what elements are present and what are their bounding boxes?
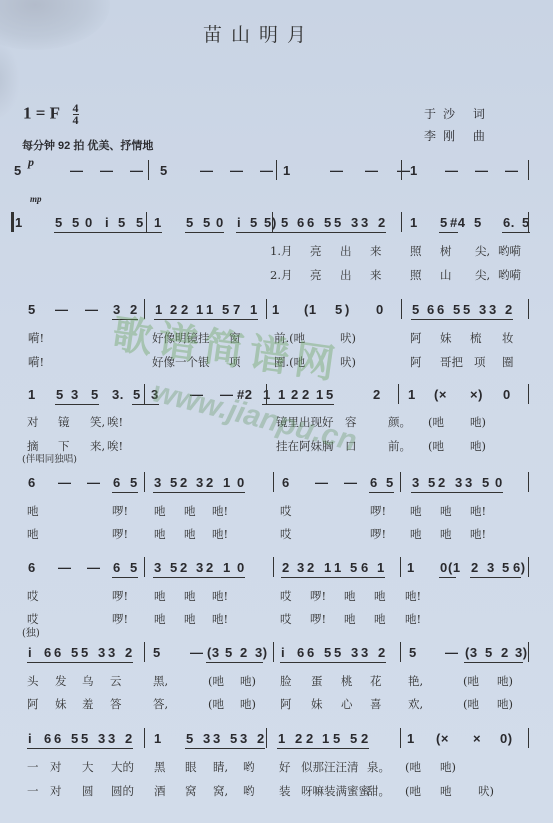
- lyric-syllable: 出: [340, 243, 352, 259]
- note: 1: [278, 387, 286, 402]
- note: 3: [361, 215, 369, 230]
- lyric-syllable: 眼: [185, 759, 197, 775]
- note: 5: [71, 731, 79, 746]
- note: 1: [407, 560, 415, 575]
- lyric-syllable: 吔: [410, 526, 422, 542]
- beam-underline: [500, 662, 523, 663]
- note: 2: [302, 387, 310, 402]
- note: 0: [216, 215, 224, 230]
- beam-underline: [70, 404, 99, 405]
- beam-underline: [360, 232, 386, 233]
- note: 5: [502, 560, 510, 575]
- note: 5: [170, 475, 178, 490]
- lyric-syllable: 阿: [280, 696, 292, 712]
- lyric-syllable: 对: [27, 414, 39, 430]
- note: 5: [264, 215, 272, 230]
- lyric-syllable: 吔!: [212, 588, 228, 604]
- note: 3: [154, 475, 162, 490]
- note: —: [58, 475, 72, 490]
- note: 6: [437, 302, 445, 317]
- note: 3: [297, 560, 305, 575]
- lyric-syllable: 吔: [184, 611, 196, 627]
- note: 3: [240, 731, 248, 746]
- note: —: [87, 475, 101, 490]
- note: 1: [154, 215, 162, 230]
- lyric-syllable: 窝,: [213, 783, 228, 799]
- lyric-syllable: 头: [27, 673, 39, 689]
- note: 2: [125, 645, 133, 660]
- lyric-syllable: 大的: [111, 759, 134, 775]
- note: 0: [237, 560, 245, 575]
- lyric-syllable: 吔!: [470, 526, 486, 542]
- note: 2: [373, 387, 381, 402]
- lyric-syllable: 喜: [370, 696, 382, 712]
- note: —: [87, 560, 101, 575]
- note: 2: [438, 475, 446, 490]
- beam-underline: [107, 748, 133, 749]
- note: 0: [440, 560, 448, 575]
- note: 2: [378, 645, 386, 660]
- lyric-syllable: 泉。: [367, 759, 390, 775]
- note: 5: [463, 302, 471, 317]
- note: 2: [240, 645, 248, 660]
- note: 1: [410, 163, 418, 178]
- beam-underline: [481, 492, 503, 493]
- note: 6: [307, 215, 315, 230]
- note: 5: [230, 731, 238, 746]
- note: i: [237, 215, 241, 230]
- note: 5: [186, 731, 194, 746]
- beam-underline: [222, 577, 245, 578]
- note: 1: [250, 302, 258, 317]
- lyric-syllable: 吔: [184, 588, 196, 604]
- note: 0: [495, 475, 503, 490]
- barline: [528, 557, 529, 577]
- note: 5: [130, 475, 138, 490]
- lyric-syllable: 吔: [27, 526, 39, 542]
- lyric-syllable: 脸: [280, 673, 292, 689]
- lyricist-credit: 于沙 词: [424, 105, 492, 122]
- barline: [273, 557, 274, 577]
- note: i: [281, 645, 285, 660]
- note: 5: [335, 302, 343, 317]
- note: 3: [455, 475, 463, 490]
- note: (1: [448, 560, 461, 575]
- note: 5: [386, 475, 394, 490]
- lyric-syllable: 亮: [310, 267, 322, 283]
- lyric-syllable: 一: [27, 783, 39, 799]
- note: 6: [44, 645, 52, 660]
- note: 1: [272, 302, 280, 317]
- lyric-syllable: (吔: [428, 414, 444, 430]
- barline: [401, 299, 402, 319]
- note: 5: [91, 387, 99, 402]
- note: 3: [489, 302, 497, 317]
- lyric-syllable: 乌: [82, 673, 94, 689]
- lyric-syllable: 啰!: [310, 588, 326, 604]
- note: ): [345, 302, 350, 317]
- lyric-syllable: 唉!: [107, 414, 123, 430]
- note: 5: [334, 215, 342, 230]
- lyric-syllable: 圆的: [111, 783, 134, 799]
- barline: [266, 728, 267, 748]
- note: 6.: [503, 215, 515, 230]
- lyric-syllable: 阿: [410, 354, 422, 370]
- note: 6: [361, 560, 369, 575]
- note: 3: [98, 731, 106, 746]
- lyric-syllable: 照: [410, 267, 422, 283]
- lyric-syllable: 尖,: [475, 267, 490, 283]
- lyric-syllable: 似那汪汪清: [301, 759, 359, 775]
- barline: [528, 160, 529, 180]
- beam-underline: [501, 577, 521, 578]
- note: 3: [351, 215, 359, 230]
- note: —: [475, 163, 489, 178]
- note: 5: [225, 645, 233, 660]
- lyric-syllable: 圈: [502, 354, 514, 370]
- lyric-syllable: 阿: [27, 696, 39, 712]
- note: 3: [203, 731, 211, 746]
- barline: [273, 472, 274, 492]
- note: 3: [361, 645, 369, 660]
- note: 5: [409, 645, 417, 660]
- barline: [528, 299, 529, 319]
- beam-underline: [360, 577, 385, 578]
- lyric-syllable: 花: [370, 673, 382, 689]
- lyric-syllable: 出: [340, 267, 352, 283]
- barline: [144, 642, 145, 662]
- note: 5: [453, 302, 461, 317]
- note: (×: [436, 731, 449, 746]
- barline: [144, 728, 145, 748]
- note: 3): [515, 645, 528, 660]
- lyric-syllable: 来,: [90, 438, 105, 454]
- note: 2: [180, 475, 188, 490]
- note: 6: [427, 302, 435, 317]
- note: 5: [324, 215, 332, 230]
- lyric-syllable: 呀嘛装满蜜蜜: [301, 783, 370, 799]
- lyric-syllable: 云: [110, 673, 122, 689]
- lyric-syllable: 蛋: [311, 673, 323, 689]
- lyric-syllable: 吔: [154, 526, 166, 542]
- note: 5: [170, 560, 178, 575]
- note: 1: [283, 163, 291, 178]
- lyric-syllable: 前。: [388, 438, 411, 454]
- lyric-syllable: 哎: [280, 503, 292, 519]
- lyric-syllable: 吔!: [405, 588, 421, 604]
- note: —: [445, 163, 459, 178]
- lyric-syllable: 艳,: [408, 673, 423, 689]
- note: 1: [410, 215, 418, 230]
- note: —: [330, 163, 344, 178]
- beam-underline: [439, 577, 456, 578]
- note: 5: [350, 560, 358, 575]
- note: i: [28, 731, 32, 746]
- note: 5: [186, 215, 194, 230]
- barline: [528, 212, 529, 232]
- note: ×): [470, 387, 483, 402]
- note: i: [28, 645, 32, 660]
- lyric-syllable: 梳: [470, 330, 482, 346]
- scan-smudge: [0, 0, 110, 50]
- note: 5: [136, 215, 144, 230]
- note: #4: [450, 215, 465, 230]
- beam-underline: [239, 748, 265, 749]
- beam-underline: [360, 662, 386, 663]
- barline: [400, 472, 401, 492]
- note: —: [315, 475, 329, 490]
- lyric-syllable: 心: [341, 696, 353, 712]
- lyric-syllable: 妹: [55, 696, 67, 712]
- lyric-syllable: 黑: [154, 759, 166, 775]
- note: 3.: [112, 387, 124, 402]
- lyric-syllable: 吔!: [470, 503, 486, 519]
- note: 5: [72, 215, 80, 230]
- note: 5: [55, 215, 63, 230]
- note: 6: [297, 215, 305, 230]
- note: —: [58, 560, 72, 575]
- note: —: [190, 645, 204, 660]
- note: 5: [474, 215, 482, 230]
- note: 2: [180, 560, 188, 575]
- lyric-syllable: 吔!: [212, 503, 228, 519]
- barline: [401, 160, 402, 180]
- note: 5: [160, 163, 168, 178]
- note: 5: [28, 302, 36, 317]
- note: 6: [54, 731, 62, 746]
- note: 6: [370, 475, 378, 490]
- note: 5: [222, 302, 230, 317]
- lyric-syllable: 吔: [344, 588, 356, 604]
- barline: [400, 642, 401, 662]
- note: 2: [307, 560, 315, 575]
- note: (×: [434, 387, 447, 402]
- note: 5: [412, 302, 420, 317]
- lyric-syllable: 唉!: [107, 438, 123, 454]
- note: 3: [412, 475, 420, 490]
- note: 2: [501, 645, 509, 660]
- note: 3: [71, 387, 79, 402]
- beam-underline: [488, 319, 513, 320]
- note: 5: [14, 163, 22, 178]
- note: 0: [376, 302, 384, 317]
- note: —: [505, 163, 519, 178]
- note: 3): [255, 645, 268, 660]
- barline: [276, 160, 277, 180]
- scan-smudge: [0, 40, 20, 120]
- note: 1: [408, 387, 416, 402]
- lyric-syllable: 树: [440, 243, 452, 259]
- barline: [266, 384, 267, 404]
- note: (3: [465, 645, 478, 660]
- note: 2: [282, 560, 290, 575]
- note: 5: [333, 731, 341, 746]
- note: 1: [223, 560, 231, 575]
- barline: [400, 557, 401, 577]
- note: —: [55, 302, 69, 317]
- beam-underline: [112, 577, 138, 578]
- note: 1: [278, 731, 286, 746]
- lyric-syllable: 睛,: [213, 759, 228, 775]
- lyric-syllable: 吔!: [212, 611, 228, 627]
- lyric-syllable: 黑,: [153, 673, 168, 689]
- lyric-syllable: 妹: [440, 330, 452, 346]
- beam-underline: [107, 662, 133, 663]
- note: 1: [223, 475, 231, 490]
- note: 5: [81, 645, 89, 660]
- note: —: [100, 163, 114, 178]
- note: 1: [407, 731, 415, 746]
- lyric-syllable: 吔): [497, 673, 513, 689]
- lyric-syllable: 嗬!: [28, 354, 44, 370]
- note: 5: [250, 215, 258, 230]
- barline: [266, 299, 267, 319]
- lyric-syllable: 吠): [340, 354, 356, 370]
- lyric-syllable: 哎: [280, 588, 292, 604]
- note: 6: [297, 645, 305, 660]
- note: —: [397, 163, 411, 178]
- note: 5: [133, 387, 141, 402]
- barline: [144, 472, 145, 492]
- lyric-syllable: (吔: [428, 438, 444, 454]
- barline: [528, 472, 529, 492]
- lyric-syllable: 啰!: [112, 526, 128, 542]
- lyric-syllable: (吔: [405, 783, 421, 799]
- lyric-syllable: (吔: [208, 673, 224, 689]
- barline: [528, 642, 529, 662]
- note: 3: [213, 731, 221, 746]
- lyric-syllable: 吔: [154, 588, 166, 604]
- note: 1: [316, 387, 324, 402]
- note: 2: [257, 731, 265, 746]
- note: 3: [351, 645, 359, 660]
- barline: [398, 384, 399, 404]
- lyric-syllable: (吔: [405, 759, 421, 775]
- note: 3: [465, 475, 473, 490]
- note: 2: [306, 731, 314, 746]
- barline: [148, 160, 149, 180]
- lyric-syllable: 装: [279, 783, 291, 799]
- time-signature: 4 4: [73, 103, 79, 126]
- note: 2: [471, 560, 479, 575]
- lyric-syllable: 吔!: [212, 526, 228, 542]
- lyric-syllable: 颜。: [388, 414, 411, 430]
- note: 3: [196, 560, 204, 575]
- note: 3: [154, 560, 162, 575]
- note: 6: [28, 475, 36, 490]
- note: 5: [428, 475, 436, 490]
- dynamic-marking-p: p: [28, 155, 34, 170]
- lyric-syllable: 哟嗬: [498, 243, 521, 259]
- lyric-syllable: 吔: [440, 503, 452, 519]
- note: 5: [485, 645, 493, 660]
- note: 3: [479, 302, 487, 317]
- lyric-syllable: 哎: [280, 526, 292, 542]
- lyric-syllable: 对: [50, 783, 62, 799]
- song-title: 苗山明月: [203, 20, 315, 47]
- lyric-syllable: 吔): [240, 673, 256, 689]
- lyric-syllable: 哟嗬: [498, 267, 521, 283]
- lyric-syllable: 哎: [27, 588, 39, 604]
- lyric-syllable: 亮: [310, 243, 322, 259]
- lyric-syllable: 大: [82, 759, 94, 775]
- lyric-syllable: 啰!: [370, 526, 386, 542]
- note: 3: [108, 645, 116, 660]
- note: 2: [291, 387, 299, 402]
- note: 6): [513, 560, 526, 575]
- lyric-syllable: 哟: [243, 783, 255, 799]
- performance-note: (伴唱同独唱): [22, 451, 77, 465]
- tempo-marking: 每分钟 92 拍 优美、抒情地: [22, 137, 153, 153]
- note: 3: [98, 645, 106, 660]
- note: (1: [304, 302, 317, 317]
- lyric-syllable: 窝: [185, 783, 197, 799]
- note: 1: [322, 731, 330, 746]
- key-label: 1 = F: [23, 104, 60, 123]
- key-signature: 1 = F 4 4: [23, 103, 79, 126]
- lyric-syllable: 吠): [478, 783, 494, 799]
- note: —: [230, 163, 244, 178]
- lyric-syllable: 答,: [153, 696, 168, 712]
- note: 6: [28, 560, 36, 575]
- note: 1: [324, 560, 332, 575]
- note: 0: [85, 215, 93, 230]
- note: 5: [440, 215, 448, 230]
- lyric-syllable: 吔): [240, 696, 256, 712]
- note: 1: [377, 560, 385, 575]
- beam-underline: [315, 404, 334, 405]
- note: 0: [503, 387, 511, 402]
- note: 6: [282, 475, 290, 490]
- note: 6: [113, 560, 121, 575]
- note: 3: [487, 560, 495, 575]
- lyric-syllable: 阿: [410, 330, 422, 346]
- lyric-syllable: 吔: [440, 783, 452, 799]
- lyric-syllable: 欢,: [408, 696, 423, 712]
- lyric-syllable: 羞: [82, 696, 94, 712]
- lyric-syllable: 吔: [374, 611, 386, 627]
- lyric-syllable: 吔): [470, 414, 486, 430]
- lyric-syllable: 啰!: [112, 503, 128, 519]
- note: 2: [206, 560, 214, 575]
- barline: [528, 728, 529, 748]
- note: 1: [154, 731, 162, 746]
- note: 0): [500, 731, 513, 746]
- note: 5: [350, 731, 358, 746]
- lyric-syllable: 吔: [184, 503, 196, 519]
- lyric-syllable: 1.月: [270, 243, 292, 259]
- barline: [401, 212, 402, 232]
- repeat-start-barline: [11, 212, 18, 232]
- note: 6: [44, 731, 52, 746]
- lyric-syllable: 好: [279, 759, 291, 775]
- lyric-syllable: 甜。: [367, 783, 390, 799]
- lyric-syllable: 镜: [58, 414, 70, 430]
- note: —: [85, 302, 99, 317]
- note: —: [70, 163, 84, 178]
- beam-underline: [112, 492, 138, 493]
- note: 3: [196, 475, 204, 490]
- note: —: [344, 475, 358, 490]
- note: 5: [56, 387, 64, 402]
- lyric-syllable: 来: [370, 267, 382, 283]
- lyric-syllable: 哎: [280, 611, 292, 627]
- lyric-syllable: 桃: [341, 673, 353, 689]
- lyric-syllable: 吔: [344, 611, 356, 627]
- barline: [144, 384, 145, 404]
- lyric-syllable: 吔): [497, 696, 513, 712]
- beam-underline: [349, 748, 369, 749]
